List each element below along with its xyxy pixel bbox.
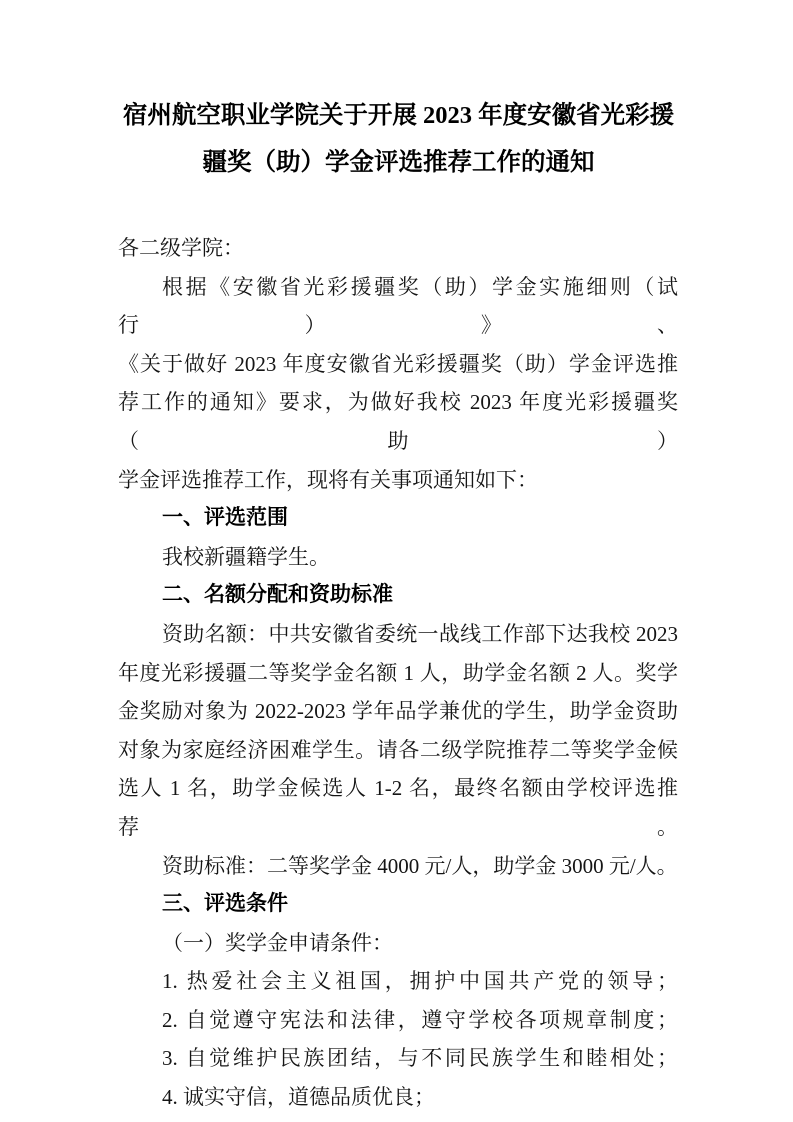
text-line: 4. 诚实守信，道德品质优良； [118, 1078, 678, 1117]
text-line: 荐工作的通知》要求，为做好我校 2023 年度光彩援疆奖（助） [118, 383, 678, 460]
text-line: 2. 自觉遵守宪法和法律，遵守学校各项规章制度； [118, 1001, 678, 1040]
paragraph-body: 资助标准：二等奖学金 4000 元/人，助学金 3000 元/人。 [118, 847, 678, 886]
text-line: 资助标准：二等奖学金 4000 元/人，助学金 3000 元/人。 [118, 847, 678, 886]
text-line: 对象为家庭经济困难学生。请各二级学院推荐二等奖学金候 [118, 731, 678, 770]
text-line: 3. 自觉维护民族团结，与不同民族学生和睦相处； [118, 1039, 678, 1078]
text-line: 资助名额：中共安徽省委统一战线工作部下达我校 2023 [118, 615, 678, 654]
document-title: 宿州航空职业学院关于开展 2023 年度安徽省光彩援疆奖（助）学金评选推荐工作的… [116, 92, 681, 186]
paragraph-subheading: （一）奖学金申请条件： [118, 924, 678, 963]
text-line: 1. 热爱社会主义祖国，拥护中国共产党的领导； [118, 962, 678, 1001]
paragraph-body: 根据《安徽省光彩援疆奖（助）学金实施细则（试行）》、《关于做好 2023 年度安… [118, 268, 678, 500]
paragraph-body: 资助名额：中共安徽省委统一战线工作部下达我校 2023年度光彩援疆二等奖学金名额… [118, 615, 678, 847]
text-line: 我校新疆籍学生。 [118, 538, 678, 577]
text-line: 年度光彩援疆二等奖学金名额 1 人，助学金名额 2 人。奖学 [118, 654, 678, 693]
paragraph-heading: 二、名额分配和资助标准 [118, 576, 678, 615]
paragraph-list-item: 4. 诚实守信，道德品质优良； [118, 1078, 678, 1117]
text-line: 选人 1 名，助学金候选人 1-2 名，最终名额由学校评选推荐。 [118, 769, 678, 846]
paragraph-body: 我校新疆籍学生。 [118, 538, 678, 577]
document-page: 宿州航空职业学院关于开展 2023 年度安徽省光彩援疆奖（助）学金评选推荐工作的… [0, 0, 793, 1122]
text-line: 《关于做好 2023 年度安徽省光彩援疆奖（助）学金评选推 [118, 345, 678, 384]
paragraph-list-item: 2. 自觉遵守宪法和法律，遵守学校各项规章制度； [118, 1001, 678, 1040]
text-line: 根据《安徽省光彩援疆奖（助）学金实施细则（试行）》、 [118, 268, 678, 345]
title-line: 宿州航空职业学院关于开展 2023 年度安徽省光彩援 [116, 92, 681, 139]
paragraph-list-item: 1. 热爱社会主义祖国，拥护中国共产党的领导； [118, 962, 678, 1001]
paragraph-heading: 三、评选条件 [118, 885, 678, 924]
paragraph-heading: 一、评选范围 [118, 499, 678, 538]
text-line: 一、评选范围 [118, 499, 678, 538]
paragraph-salutation: 各二级学院： [118, 229, 678, 268]
text-line: 二、名额分配和资助标准 [118, 576, 678, 615]
text-line: （一）奖学金申请条件： [118, 924, 678, 963]
text-line: 三、评选条件 [118, 885, 678, 924]
text-line: 金奖励对象为 2022-2023 学年品学兼优的学生，助学金资助 [118, 692, 678, 731]
text-line: 各二级学院： [118, 229, 678, 268]
document-body: 各二级学院：根据《安徽省光彩援疆奖（助）学金实施细则（试行）》、《关于做好 20… [118, 229, 678, 1117]
paragraph-list-item: 3. 自觉维护民族团结，与不同民族学生和睦相处； [118, 1039, 678, 1078]
title-line: 疆奖（助）学金评选推荐工作的通知 [116, 139, 681, 186]
text-line: 学金评选推荐工作，现将有关事项通知如下： [118, 461, 678, 500]
